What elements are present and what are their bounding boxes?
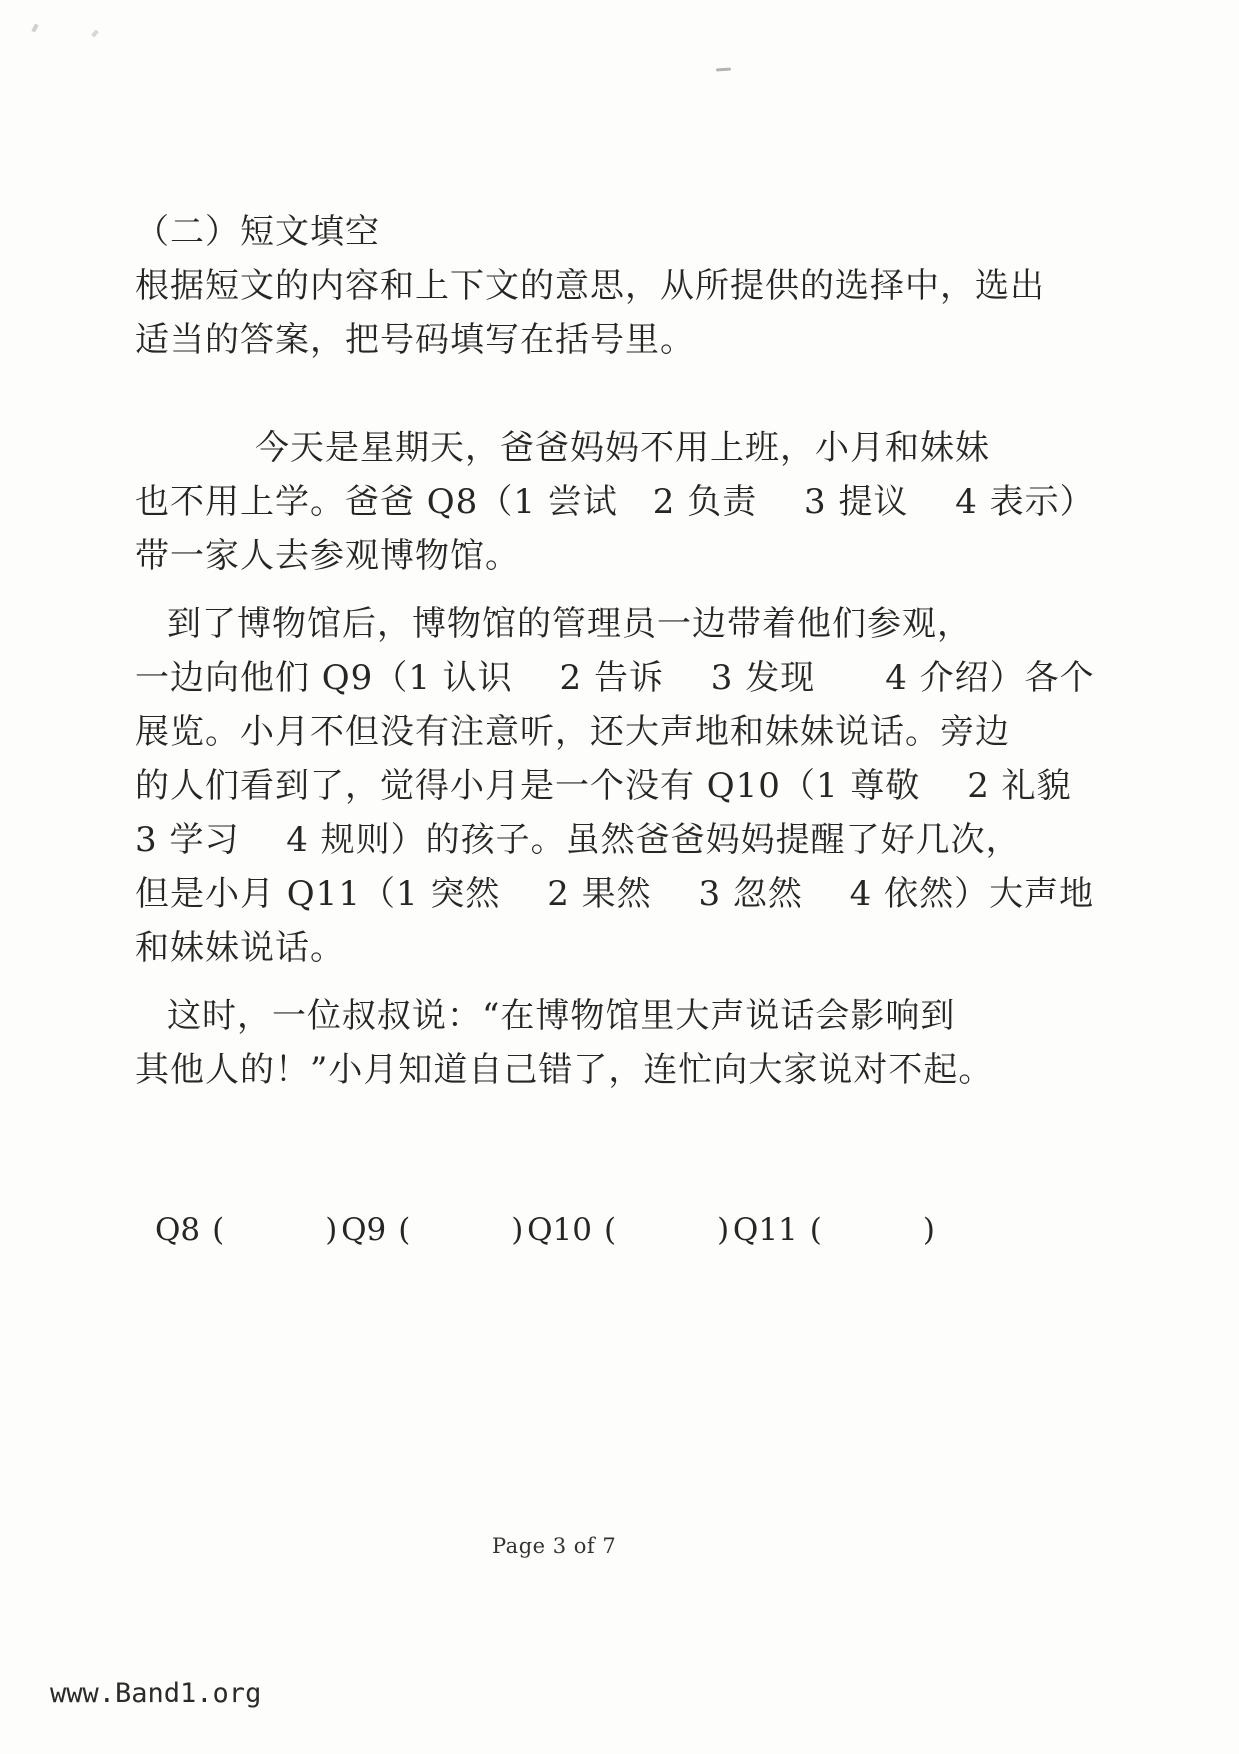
passage-paragraph-2: 到了博物馆后，博物馆的管理员一边带着他们参观， 一边向他们 Q9（1 认识 2 … xyxy=(135,597,980,975)
answer-item-q9: Q9( ) xyxy=(341,1203,525,1257)
passage-line: 带一家人去参观博物馆。 xyxy=(135,529,980,583)
answer-item-q10: Q10( ) xyxy=(527,1203,731,1257)
exam-section: （二）短文填空 根据短文的内容和上下文的意思，从所提供的选择中，选出 适当的答案… xyxy=(135,205,980,1257)
passage-line: 今天是星期天，爸爸妈妈不用上班，小月和妹妹 xyxy=(135,421,980,475)
passage-line: 但是小月 Q11（1 突然 2 果然 3 忽然 4 依然）大声地 xyxy=(135,867,980,921)
passage-line: 展览。小月不但没有注意听，还大声地和妹妹说话。旁边 xyxy=(135,705,980,759)
section-title: （二）短文填空 xyxy=(135,205,980,259)
answer-label: Q9 xyxy=(341,1212,386,1248)
answer-label: Q10 xyxy=(527,1212,592,1248)
passage-line: 的人们看到了，觉得小月是一个没有 Q10（1 尊敬 2 礼貌 xyxy=(135,759,980,813)
passage-line: 一边向他们 Q9（1 认识 2 告诉 3 发现 4 介绍）各个 xyxy=(135,651,980,705)
answer-blank: ( ) xyxy=(212,1212,339,1248)
answer-blank: ( ) xyxy=(398,1212,525,1248)
answer-blank: ( ) xyxy=(604,1212,731,1248)
watermark: www.Band1.org xyxy=(50,1678,261,1709)
answer-label: Q8 xyxy=(155,1212,200,1248)
instructions-line: 根据短文的内容和上下文的意思，从所提供的选择中，选出 xyxy=(135,259,980,313)
answer-item-q11: Q11( ) xyxy=(733,1203,937,1257)
page-number: Page 3 of 7 xyxy=(492,1534,616,1558)
passage-line: 和妹妹说话。 xyxy=(135,921,980,975)
document-page: （二）短文填空 根据短文的内容和上下文的意思，从所提供的选择中，选出 适当的答案… xyxy=(0,0,1239,1754)
answer-row: Q8( ) Q9( ) Q10( ) Q11( ) xyxy=(155,1203,937,1257)
passage-line: 也不用上学。爸爸 Q8（1 尝试 2 负责 3 提议 4 表示） xyxy=(135,475,980,529)
passage-line: 3 学习 4 规则）的孩子。虽然爸爸妈妈提醒了好几次， xyxy=(135,813,980,867)
answer-blank: ( ) xyxy=(810,1212,937,1248)
instructions-line: 适当的答案，把号码填写在括号里。 xyxy=(135,313,980,367)
passage-line: 到了博物馆后，博物馆的管理员一边带着他们参观， xyxy=(135,597,980,651)
passage-line: 其他人的！”小月知道自己错了，连忙向大家说对不起。 xyxy=(135,1043,980,1097)
answer-item-q8: Q8( ) xyxy=(155,1203,339,1257)
answer-label: Q11 xyxy=(733,1212,798,1248)
passage-line: 这时，一位叔叔说：“在博物馆里大声说话会影响到 xyxy=(135,989,980,1043)
scan-artifact-speck xyxy=(31,24,38,33)
scan-artifact-speck xyxy=(91,30,99,38)
passage-paragraph-1: 今天是星期天，爸爸妈妈不用上班，小月和妹妹 也不用上学。爸爸 Q8（1 尝试 2… xyxy=(135,421,980,583)
passage-paragraph-3: 这时，一位叔叔说：“在博物馆里大声说话会影响到 其他人的！”小月知道自己错了，连… xyxy=(135,989,980,1097)
scan-artifact-dash xyxy=(716,67,731,71)
